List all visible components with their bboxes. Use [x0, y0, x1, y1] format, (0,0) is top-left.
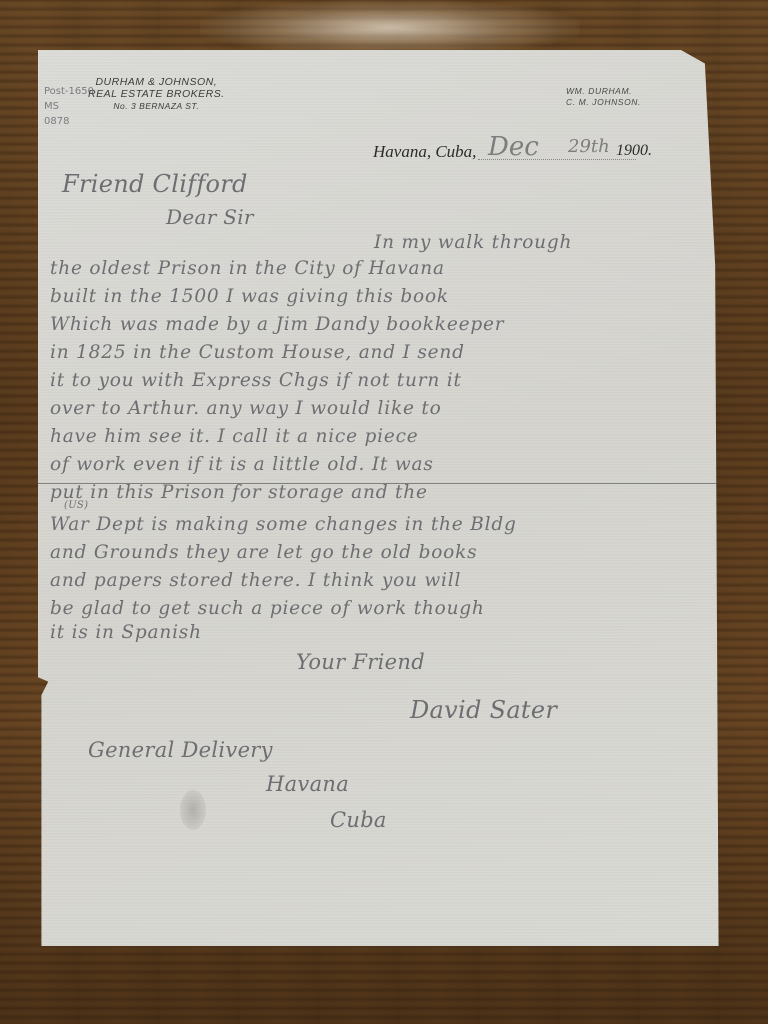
letter-line: in 1825 in the Custom House, and I send [50, 342, 465, 363]
company-address: No. 3 BERNAZA ST. [88, 101, 225, 111]
date-year: 1900. [616, 142, 652, 160]
closing: Your Friend [296, 650, 425, 674]
dateline: Havana, Cuba, Dec 29th 1900. [373, 138, 673, 168]
archive-line: Post-1650 [44, 84, 94, 99]
letter-line: built in the 1500 I was giving this book [50, 286, 449, 307]
partner-name: WM. DURHAM. [566, 86, 641, 97]
letter-line: have him see it. I call it a nice piece [50, 426, 419, 447]
letter-line: In my walk through [374, 232, 572, 253]
archive-line: 0878 [44, 114, 94, 129]
date-month: Dec [488, 132, 539, 162]
letter-sheet: Post-1650 MS 0878 DURHAM & JOHNSON, REAL… [38, 50, 722, 946]
salutation: Dear Sir [166, 205, 254, 229]
letter-line: be glad to get such a piece of work thou… [50, 598, 485, 619]
partner-name: C. M. JOHNSON. [566, 97, 641, 108]
letter-line: Which was made by a Jim Dandy bookkeeper [50, 314, 504, 335]
date-day: 29th [568, 136, 610, 157]
return-address-line: Havana [266, 772, 349, 796]
letter-line: it is in Spanish [50, 622, 202, 643]
letter-line: and Grounds they are let go the old book… [50, 542, 477, 563]
letter-line: and papers stored there. I think you wil… [50, 570, 461, 591]
salutation-name: Friend Clifford [62, 170, 248, 198]
letter-line: the oldest Prison in the City of Havana [50, 258, 445, 279]
light-glare [200, 0, 580, 55]
letter-line: put in this Prison for storage and the [50, 482, 428, 503]
insertion-note: (US) [64, 500, 88, 511]
paper-stain [180, 790, 206, 830]
company-name: DURHAM & JOHNSON, [88, 76, 225, 88]
letter-line: of work even if it is a little old. It w… [50, 454, 434, 475]
partner-names: WM. DURHAM. C. M. JOHNSON. [566, 86, 641, 108]
archive-catalog-mark: Post-1650 MS 0878 [44, 84, 94, 129]
signature: David Sater [410, 696, 557, 724]
letterhead: DURHAM & JOHNSON, REAL ESTATE BROKERS. N… [88, 76, 225, 111]
letter-line: over to Arthur. any way I would like to [50, 398, 442, 419]
company-business: REAL ESTATE BROKERS. [88, 88, 225, 100]
archive-line: MS [44, 99, 94, 114]
letter-line: War Dept is making some changes in the B… [50, 514, 517, 535]
return-address-line: Cuba [330, 808, 387, 832]
letter-line: it to you with Express Chgs if not turn … [50, 370, 462, 391]
return-address-line: General Delivery [88, 738, 273, 762]
date-place: Havana, Cuba, [373, 142, 476, 162]
